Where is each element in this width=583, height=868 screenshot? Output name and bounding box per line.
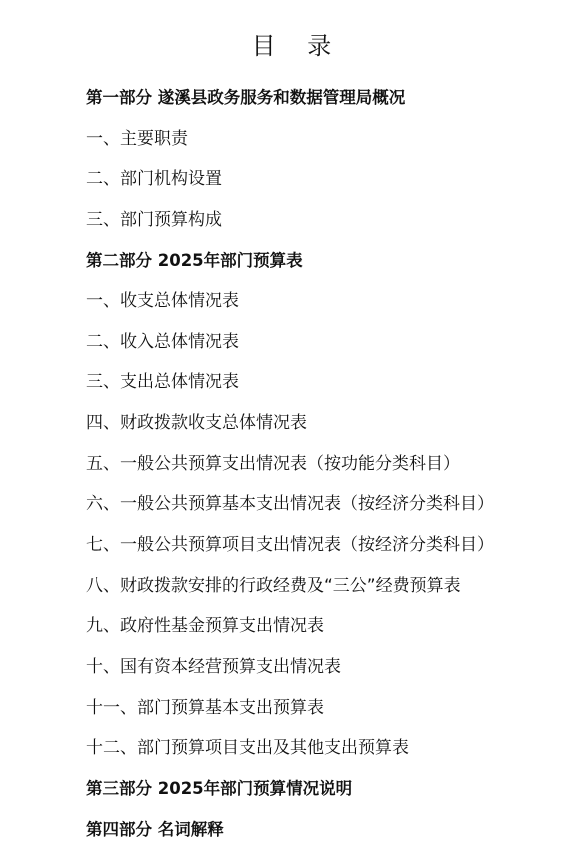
- toc-item-table-11[interactable]: 十一、部门预算基本支出预算表: [86, 688, 494, 729]
- toc-part-2[interactable]: 第二部分 2025年部门预算表: [86, 241, 494, 282]
- toc-part-1[interactable]: 第一部分 遂溪县政务服务和数据管理局概况: [86, 78, 494, 119]
- toc-item-table-4[interactable]: 四、财政拨款收支总体情况表: [86, 403, 494, 444]
- toc-item-table-3[interactable]: 三、支出总体情况表: [86, 362, 494, 403]
- toc-item-table-8[interactable]: 八、财政拨款安排的行政经费及“三公”经费预算表: [86, 566, 494, 607]
- toc-part-3[interactable]: 第三部分 2025年部门预算情况说明: [86, 769, 494, 810]
- toc-item-budget-composition[interactable]: 三、部门预算构成: [86, 200, 494, 241]
- toc-item-table-2[interactable]: 二、收入总体情况表: [86, 322, 494, 363]
- toc-item-table-9[interactable]: 九、政府性基金预算支出情况表: [86, 606, 494, 647]
- toc-part-4[interactable]: 第四部分 名词解释: [86, 810, 494, 851]
- toc-item-table-10[interactable]: 十、国有资本经营预算支出情况表: [86, 647, 494, 688]
- toc-item-table-1[interactable]: 一、收支总体情况表: [86, 281, 494, 322]
- toc-item-table-6[interactable]: 六、一般公共预算基本支出情况表（按经济分类科目）: [86, 484, 494, 525]
- toc-item-main-duties[interactable]: 一、主要职责: [86, 119, 494, 160]
- toc-item-table-5[interactable]: 五、一般公共预算支出情况表（按功能分类科目）: [86, 444, 494, 485]
- toc-item-org-structure[interactable]: 二、部门机构设置: [86, 159, 494, 200]
- toc-item-table-12[interactable]: 十二、部门预算项目支出及其他支出预算表: [86, 728, 494, 769]
- page-title: 目 录: [0, 28, 583, 64]
- toc-item-table-7[interactable]: 七、一般公共预算项目支出情况表（按经济分类科目）: [86, 525, 494, 566]
- table-of-contents: 第一部分 遂溪县政务服务和数据管理局概况 一、主要职责 二、部门机构设置 三、部…: [86, 78, 494, 850]
